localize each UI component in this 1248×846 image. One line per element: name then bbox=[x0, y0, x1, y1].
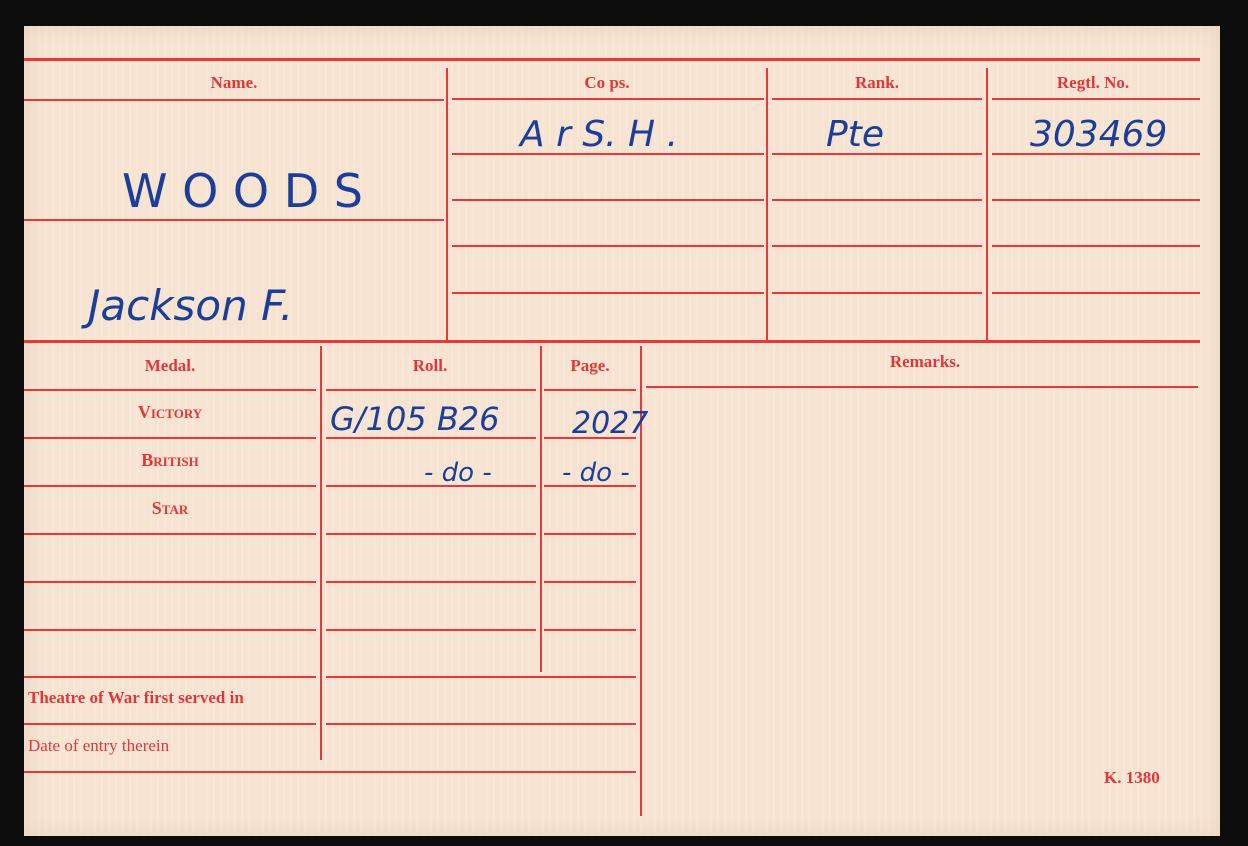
medal-british-label: British bbox=[24, 450, 316, 471]
theatre-of-war-label: Theatre of War first served in bbox=[28, 688, 244, 708]
divider bbox=[452, 98, 764, 100]
divider bbox=[544, 533, 636, 535]
surname-entry: W O O D S bbox=[122, 164, 363, 218]
divider bbox=[540, 346, 542, 672]
divider bbox=[544, 581, 636, 583]
divider bbox=[24, 340, 1200, 343]
divider bbox=[452, 292, 764, 294]
header-regtl-no: Regtl. No. bbox=[988, 73, 1198, 93]
divider bbox=[326, 389, 536, 391]
divider bbox=[992, 245, 1200, 247]
divider bbox=[24, 437, 316, 439]
medal-victory-label: Victory bbox=[24, 402, 316, 423]
header-page: Page. bbox=[542, 356, 638, 376]
divider bbox=[326, 723, 636, 725]
date-of-entry-label: Date of entry therein bbox=[28, 736, 169, 756]
divider bbox=[766, 68, 768, 340]
divider bbox=[326, 629, 536, 631]
divider bbox=[320, 346, 322, 760]
forename-entry: Jackson F. bbox=[88, 281, 293, 330]
divider bbox=[986, 68, 988, 340]
header-remarks: Remarks. bbox=[642, 352, 1208, 372]
header-medal: Medal. bbox=[24, 356, 316, 376]
header-roll: Roll. bbox=[322, 356, 538, 376]
divider bbox=[24, 58, 1200, 61]
british-page-entry: - do - bbox=[562, 458, 630, 488]
divider bbox=[452, 199, 764, 201]
divider bbox=[452, 245, 764, 247]
medal-index-card: Name. Co ps. Rank. Regtl. No. W O O D S … bbox=[24, 26, 1220, 836]
form-number: K. 1380 bbox=[1104, 768, 1160, 788]
divider bbox=[24, 219, 444, 221]
header-name: Name. bbox=[24, 73, 444, 93]
divider bbox=[772, 199, 982, 201]
divider bbox=[24, 676, 316, 678]
divider bbox=[772, 98, 982, 100]
british-roll-entry: - do - bbox=[424, 458, 492, 488]
divider bbox=[992, 292, 1200, 294]
divider bbox=[326, 676, 636, 678]
divider bbox=[326, 581, 536, 583]
victory-roll-entry: G/105 B26 bbox=[330, 400, 500, 438]
medal-star-label: Star bbox=[24, 498, 316, 519]
divider bbox=[646, 386, 1198, 388]
rank-entry: Pte bbox=[826, 114, 884, 155]
header-rank: Rank. bbox=[768, 73, 986, 93]
header-corps: Co ps. bbox=[448, 73, 766, 93]
divider bbox=[326, 533, 536, 535]
divider bbox=[24, 629, 316, 631]
divider bbox=[24, 533, 316, 535]
divider bbox=[544, 629, 636, 631]
divider bbox=[772, 292, 982, 294]
corps-entry: A r S. H . bbox=[520, 114, 678, 155]
divider bbox=[24, 99, 444, 101]
divider bbox=[772, 245, 982, 247]
divider bbox=[544, 389, 636, 391]
divider bbox=[446, 68, 448, 340]
regtl-no-entry: 303469 bbox=[1030, 114, 1167, 155]
divider bbox=[992, 199, 1200, 201]
divider bbox=[992, 98, 1200, 100]
divider bbox=[24, 771, 636, 773]
victory-page-entry: 2027 bbox=[572, 406, 648, 441]
divider bbox=[24, 581, 316, 583]
divider bbox=[24, 723, 316, 725]
divider bbox=[24, 485, 316, 487]
divider bbox=[24, 389, 316, 391]
